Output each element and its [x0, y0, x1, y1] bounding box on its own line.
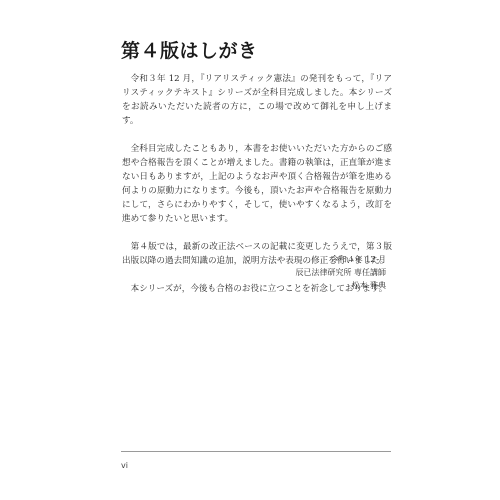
signature-author: 松本 雅典: [295, 279, 386, 292]
page-title: 第４版はしがき: [121, 36, 258, 63]
book-page: 第４版はしがき 令和３年 12 月，『リアリスティック憲法』の発刊をもって，『リ…: [0, 0, 500, 500]
paragraph-1: 令和３年 12 月，『リアリスティック憲法』の発刊をもって，『リアリスティックテ…: [122, 72, 392, 128]
page-number: vi: [121, 461, 128, 470]
signature-date: 令和４年 12 月: [295, 253, 386, 266]
signature-affiliation: 辰已法律研究所 専任講師: [295, 266, 386, 279]
signature-block: 令和４年 12 月 辰已法律研究所 専任講師 松本 雅典: [295, 253, 386, 292]
footer-divider: [121, 451, 391, 452]
paragraph-2: 全科目完成したこともあり，本書をお使いいただいた方からのご感想や合格報告を頂くこ…: [122, 142, 392, 226]
